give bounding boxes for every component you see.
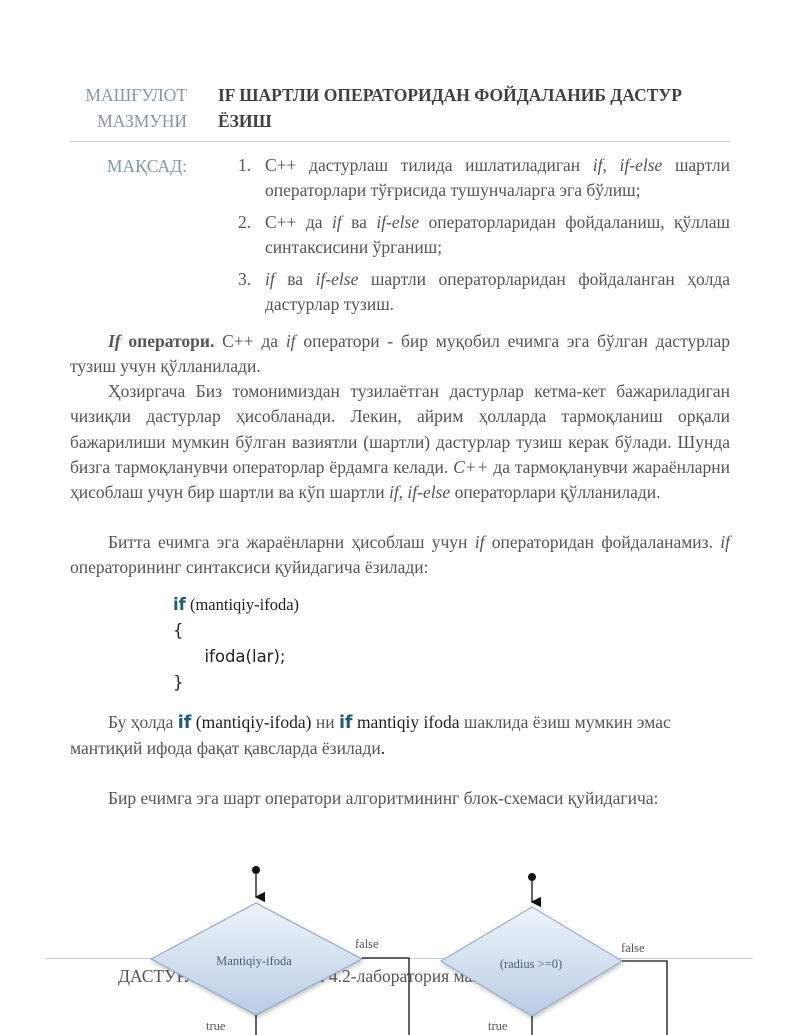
start-node <box>528 873 536 881</box>
condition-label: (radius >=0) <box>500 957 562 971</box>
true-label: true <box>206 1019 226 1033</box>
false-label: false <box>621 941 645 955</box>
false-branch <box>362 958 409 1035</box>
document-page: МАШҒУЛОТ МАЗМУНИ IF ШАРТЛИ ОПЕРАТОРИДАН … <box>0 0 800 1035</box>
start-node <box>252 866 260 874</box>
flowchart-diagrams: Mantiqiy-ifoda false true (radius >=0) f… <box>0 0 800 1035</box>
flowchart-2: (radius >=0) false true <box>441 873 667 1035</box>
false-branch <box>622 961 667 1035</box>
condition-label: Mantiqiy-ifoda <box>216 954 292 968</box>
true-label: true <box>488 1019 508 1033</box>
false-label: false <box>355 937 379 951</box>
flowchart-1: Mantiqiy-ifoda false true <box>151 866 409 1035</box>
